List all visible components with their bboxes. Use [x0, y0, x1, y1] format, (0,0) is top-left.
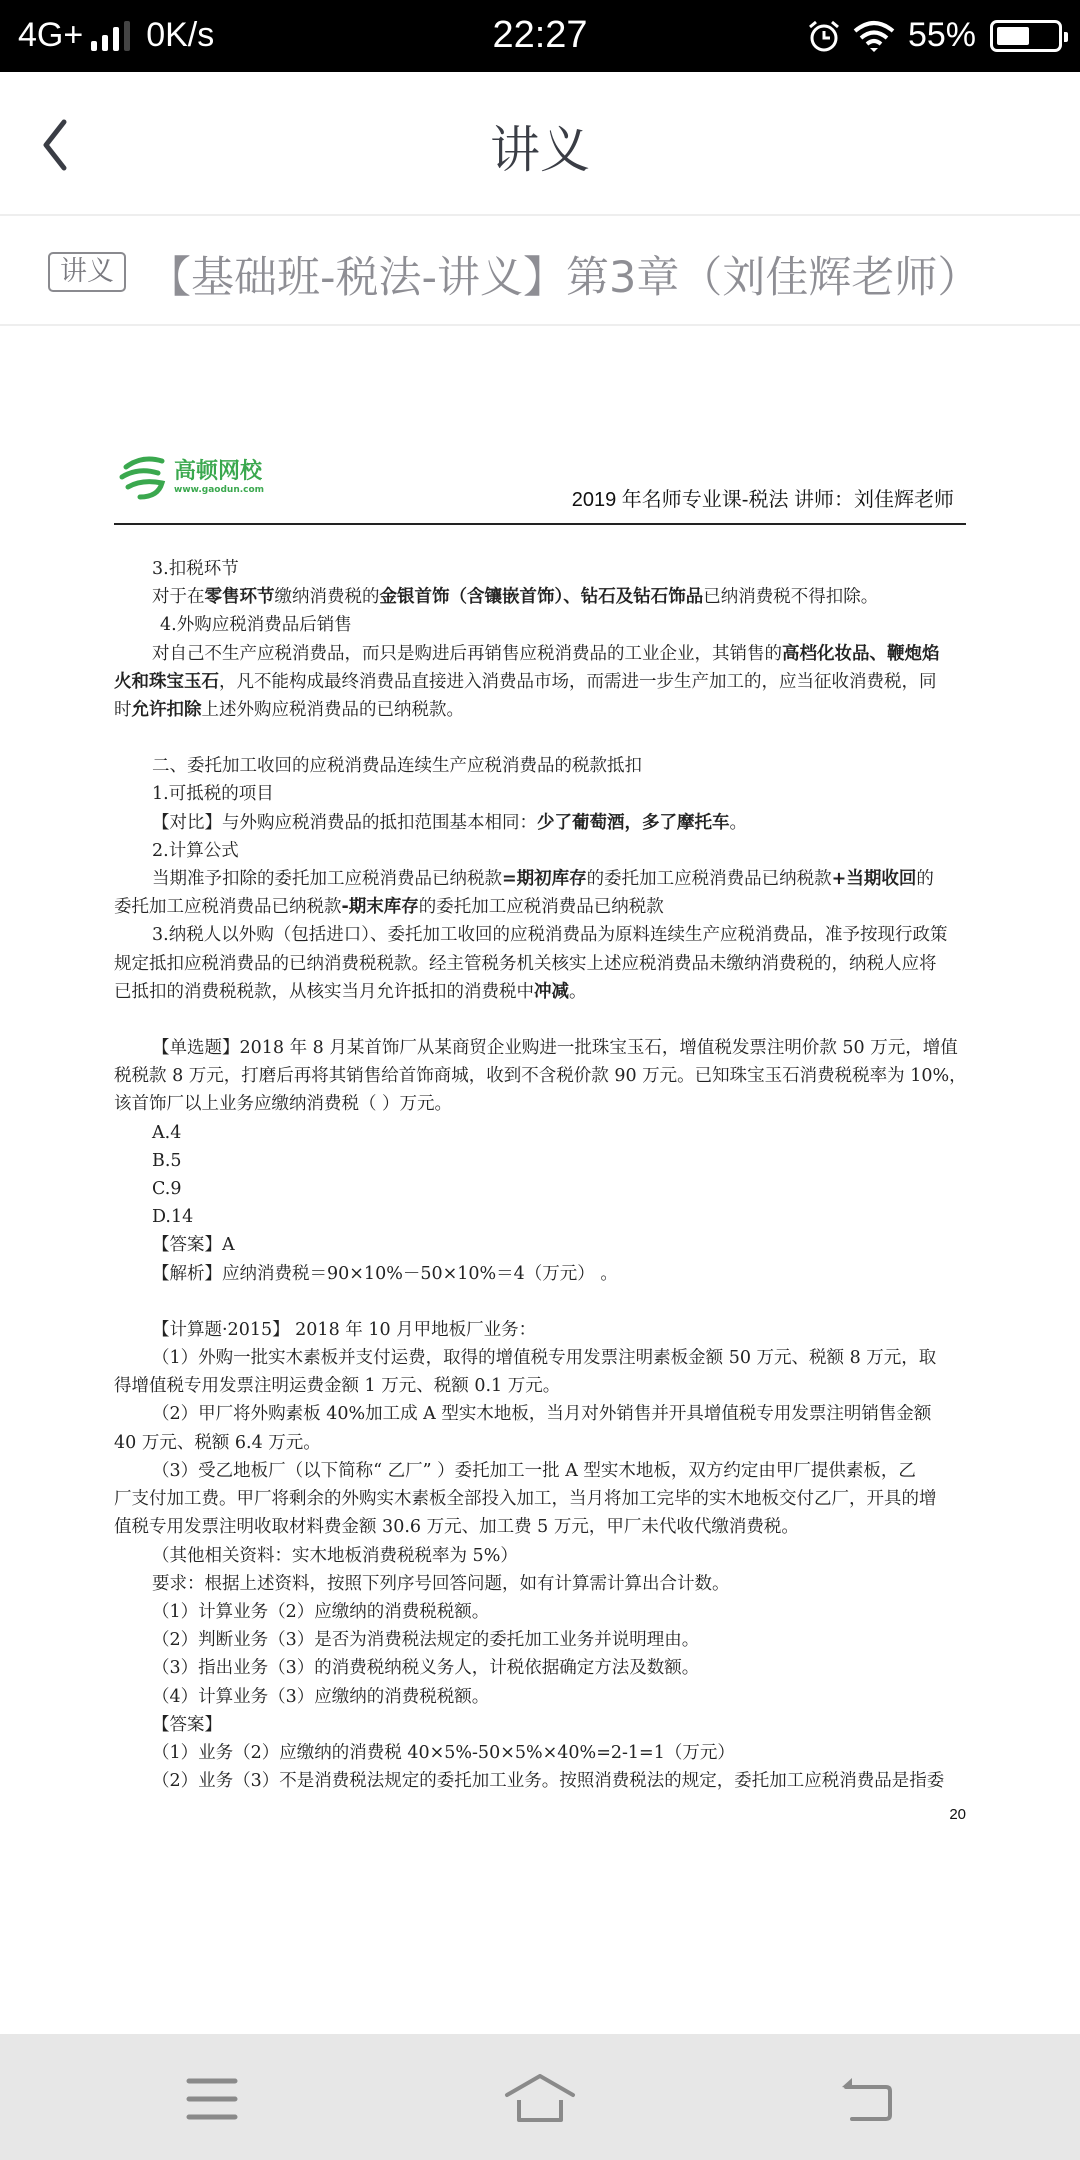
- question-text: 【单选题】2018 年 8 月某首饰厂从某商贸企业购进一批珠宝玉石，增值税发票注…: [114, 1034, 966, 1062]
- document-title: 【基础班-税法-讲义】第3章（刘佳辉老师）: [148, 244, 980, 305]
- text-line: 时允许扣除上述外购应税消费品的已纳税款。: [114, 696, 966, 724]
- status-right: 55%: [806, 16, 1062, 55]
- document-page[interactable]: 高顿网校 www.gaodun.com 2019 年名师专业课-税法 讲师：刘佳…: [0, 328, 1080, 2033]
- type-badge: 讲义: [48, 252, 126, 292]
- text-line: 火和珠宝玉石，凡不能构成最终消费品直接进入消费品市场，而需进一步生产加工的，应当…: [114, 668, 966, 696]
- text-line: 得增值税专用发票注明运费金额 1 万元、税额 0.1 万元。: [114, 1372, 966, 1400]
- text-line: （2）甲厂将外购素板 40%加工成 A 型实木地板，当月对外销售并开具增值税专用…: [114, 1400, 966, 1428]
- document-header: 高顿网校 www.gaodun.com 2019 年名师专业课-税法 讲师：刘佳…: [114, 453, 966, 525]
- text-line: 要求：根据上述资料，按照下列序号回答问题，如有计算需计算出合计数。: [114, 1570, 966, 1598]
- option-a: A.4: [114, 1119, 966, 1147]
- text-line: 委托加工应税消费品已纳税款-期末库存的委托加工应税消费品已纳税款: [114, 893, 966, 921]
- text-line: 值税专用发票注明收取材料费金额 30.6 万元、加工费 5 万元，甲厂未代收代缴…: [114, 1513, 966, 1541]
- back-icon: [840, 2075, 896, 2123]
- status-bar: 4G+ 0K/s 22:27 55%: [0, 0, 1080, 72]
- course-info: 2019 年名师专业课-税法 讲师：刘佳辉老师: [572, 483, 954, 512]
- option-b: B.5: [114, 1147, 966, 1175]
- battery-icon: [990, 20, 1062, 52]
- text-line: 40 万元、税额 6.4 万元。: [114, 1429, 966, 1457]
- text-line: 2.计算公式: [114, 837, 966, 865]
- menu-button[interactable]: [172, 2064, 252, 2134]
- logo-name: 高顿网校: [174, 460, 264, 484]
- answer-line: （2）业务（3）不是消费税法规定的委托加工业务。按照消费税法的规定，委托加工应税…: [114, 1767, 966, 1795]
- document-title-row: 讲义 【基础班-税法-讲义】第3章（刘佳辉老师）: [0, 218, 1080, 326]
- text-line: 当期准予扣除的委托加工应税消费品已纳税款=期初库存的委托加工应税消费品已纳税款+…: [114, 865, 966, 893]
- text-line: 3.纳税人以外购（包括进口）、委托加工收回的应税消费品为原料连续生产应税消费品，…: [114, 921, 966, 949]
- section-heading: 二、委托加工收回的应税消费品连续生产应税消费品的税款抵扣: [114, 752, 966, 780]
- text-line: 规定抵扣应税消费品的已纳消费税税款。经主管税务机关核实上述应税消费品未缴纳消费税…: [114, 950, 966, 978]
- home-icon: [504, 2074, 576, 2124]
- gaodun-logo: 高顿网校 www.gaodun.com: [118, 453, 264, 503]
- text-line: 已抵扣的消费税税款，从核实当月允许抵扣的消费税中冲减。: [114, 978, 966, 1006]
- alarm-icon: [806, 18, 842, 54]
- requirement: （4）计算业务（3）应缴纳的消费税税额。: [114, 1683, 966, 1711]
- document-body: 3.扣税环节 对于在零售环节缴纳消费税的金银首饰（含镶嵌首饰）、钻石及钻石饰品已…: [114, 555, 966, 1795]
- wifi-icon: [852, 19, 896, 53]
- answer: 【答案】: [114, 1711, 966, 1739]
- option-c: C.9: [114, 1175, 966, 1203]
- navigation-bar: 讲义: [0, 72, 1080, 216]
- text-line: 对于在零售环节缴纳消费税的金银首饰（含镶嵌首饰）、钻石及钻石饰品已纳消费税不得扣…: [114, 583, 966, 611]
- text-line: 【对比】与外购应税消费品的抵扣范围基本相同：少了葡萄酒，多了摩托车。: [114, 809, 966, 837]
- text-line: 对自己不生产应税消费品，而只是购进后再销售应税消费品的工业企业，其销售的高档化妆…: [114, 640, 966, 668]
- text-line: 厂支付加工费。甲厂将剩余的外购实木素板全部投入加工，当月将加工完毕的实木地板交付…: [114, 1485, 966, 1513]
- logo-swoosh-icon: [118, 453, 170, 503]
- text-line: 3.扣税环节: [114, 555, 966, 583]
- text-line: 1.可抵税的项目: [114, 780, 966, 808]
- text-line: （其他相关资料：实木地板消费税税率为 5%）: [114, 1542, 966, 1570]
- answer: 【答案】A: [114, 1231, 966, 1259]
- text-line: 4.外购应税消费品后销售: [114, 611, 966, 639]
- page-title: 讲义: [0, 110, 1080, 182]
- home-button[interactable]: [500, 2064, 580, 2134]
- text-line: （1）外购一批实木素板并支付运费，取得的增值税专用发票注明素板金额 50 万元、…: [114, 1344, 966, 1372]
- question-text: 税税款 8 万元，打磨后再将其销售给首饰商城，收到不含税价款 90 万元。已知珠…: [114, 1062, 966, 1090]
- menu-icon: [186, 2077, 238, 2121]
- page-number: 20: [949, 1806, 966, 1823]
- explanation: 【解析】应纳消费税＝90×10%－50×10%＝4（万元） 。: [114, 1260, 966, 1288]
- option-d: D.14: [114, 1203, 966, 1231]
- question-text: 【计算题·2015】 2018 年 10 月甲地板厂业务：: [114, 1316, 966, 1344]
- back-nav-button[interactable]: [828, 2064, 908, 2134]
- requirement: （3）指出业务（3）的消费税纳税义务人，计税依据确定方法及数额。: [114, 1654, 966, 1682]
- battery-percent: 55%: [908, 16, 976, 55]
- question-text: 该首饰厂以上业务应缴纳消费税（ ）万元。: [114, 1090, 966, 1118]
- system-nav-bar: [0, 2034, 1080, 2160]
- answer-line: （1）业务（2）应缴纳的消费税 40×5%-50×5%×40%=2-1=1（万元…: [114, 1739, 966, 1767]
- text-line: （3）受乙地板厂（以下简称“ 乙厂” ）委托加工一批 A 型实木地板，双方约定由…: [114, 1457, 966, 1485]
- logo-url: www.gaodun.com: [174, 484, 264, 496]
- requirement: （2）判断业务（3）是否为消费税法规定的委托加工业务并说明理由。: [114, 1626, 966, 1654]
- requirement: （1）计算业务（2）应缴纳的消费税税额。: [114, 1598, 966, 1626]
